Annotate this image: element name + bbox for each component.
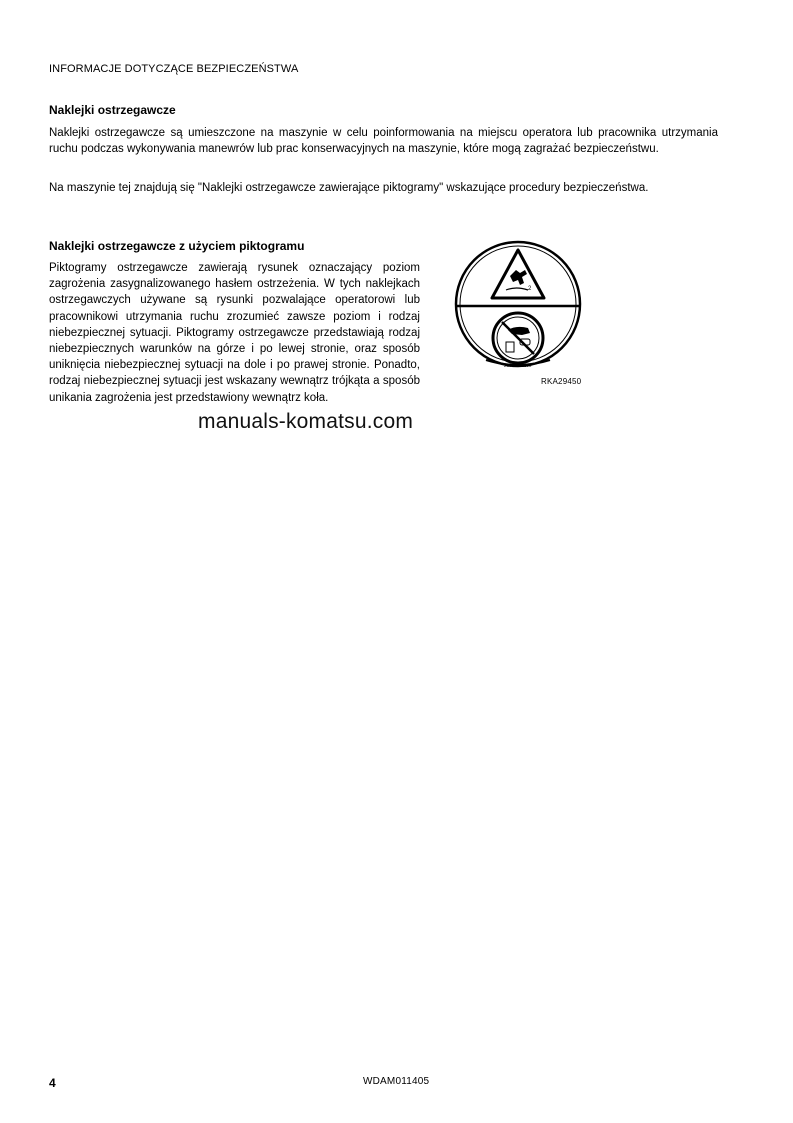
heading-pictogram-labels: Naklejki ostrzegawcze z użyciem piktogra…: [49, 239, 304, 253]
paragraph-pictogram-note: Na maszynie tej znajdują się "Naklejki o…: [49, 180, 718, 196]
figure-code: RKA29450: [541, 377, 581, 386]
label-number: 230-53-11190: [504, 363, 532, 368]
warning-pictogram-figure: 2 230-53-11190: [448, 240, 593, 375]
warning-pictogram-icon: 2 230-53-11190: [448, 240, 593, 375]
heading-warning-labels: Naklejki ostrzegawcze: [49, 103, 176, 117]
document-code: WDAM011405: [363, 1076, 429, 1087]
paragraph-intro: Naklejki ostrzegawcze są umieszczone na …: [49, 125, 718, 157]
section-header: INFORMACJE DOTYCZĄCE BEZPIECZEŃSTWA: [49, 63, 298, 75]
page-number: 4: [49, 1076, 56, 1090]
paragraph-pictogram-description: Piktogramy ostrzegawcze zawierają rysune…: [49, 260, 420, 406]
watermark: manuals-komatsu.com: [198, 410, 413, 434]
